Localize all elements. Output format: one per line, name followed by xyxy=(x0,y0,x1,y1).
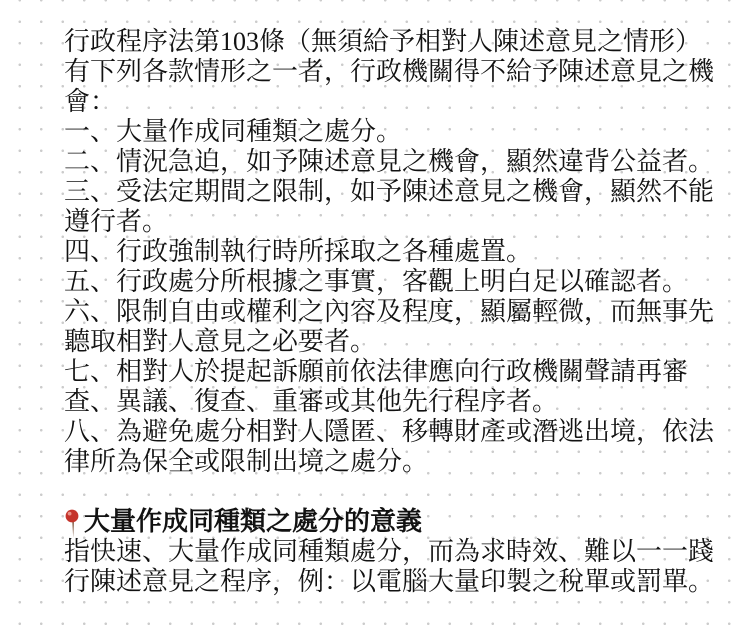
round-pushpin-icon xyxy=(64,509,81,539)
note-body: 指快速、大量作成同種類處分，而為求時效、難以一一踐 xyxy=(64,537,722,567)
article-item-6: 聽取相對人意見之必要者。 xyxy=(64,327,722,357)
article-item-5: 五、行政處分所根據之事實，客觀上明白足以確認者。 xyxy=(64,267,722,297)
article-item-6: 六、限制自由或權利之內容及程度，顯屬輕微，而無事先 xyxy=(64,297,722,327)
article-item-7: 七、相對人於提起訴願前依法律應向行政機關聲請再審 xyxy=(64,357,722,387)
law-title: 行政程序法第103條（無須給予相對人陳述意見之情形） xyxy=(64,27,722,57)
note-body: 行陳述意見之程序，例：以電腦大量印製之稅單或罰單。 xyxy=(64,567,722,597)
note-heading-text: 大量作成同種類之處分的意義 xyxy=(84,507,422,537)
article-item-3: 遵行者。 xyxy=(64,207,722,237)
article-intro: 會： xyxy=(64,87,722,117)
article-item-2: 二、情況急迫，如予陳述意見之機會，顯然違背公益者。 xyxy=(64,147,722,177)
article-item-8: 律所為保全或限制出境之處分。 xyxy=(64,447,722,477)
spacer xyxy=(64,477,722,507)
article-item-3: 三、受法定期間之限制，如予陳述意見之機會，顯然不能 xyxy=(64,177,722,207)
note-content: 行政程序法第103條（無須給予相對人陳述意見之情形） 有下列各款情形之一者，行政… xyxy=(64,27,722,597)
note-page: 行政程序法第103條（無須給予相對人陳述意見之情形） 有下列各款情形之一者，行政… xyxy=(0,0,740,628)
article-item-4: 四、行政強制執行時所採取之各種處置。 xyxy=(64,237,722,267)
article-intro: 有下列各款情形之一者，行政機關得不給予陳述意見之機 xyxy=(64,57,722,87)
article-item-7: 查、異議、復查、重審或其他先行程序者。 xyxy=(64,387,722,417)
note-heading: 大量作成同種類之處分的意義 xyxy=(64,507,722,537)
article-item-1: 一、大量作成同種類之處分。 xyxy=(64,117,722,147)
article-item-8: 八、為避免處分相對人隱匿、移轉財產或潛逃出境，依法 xyxy=(64,417,722,447)
